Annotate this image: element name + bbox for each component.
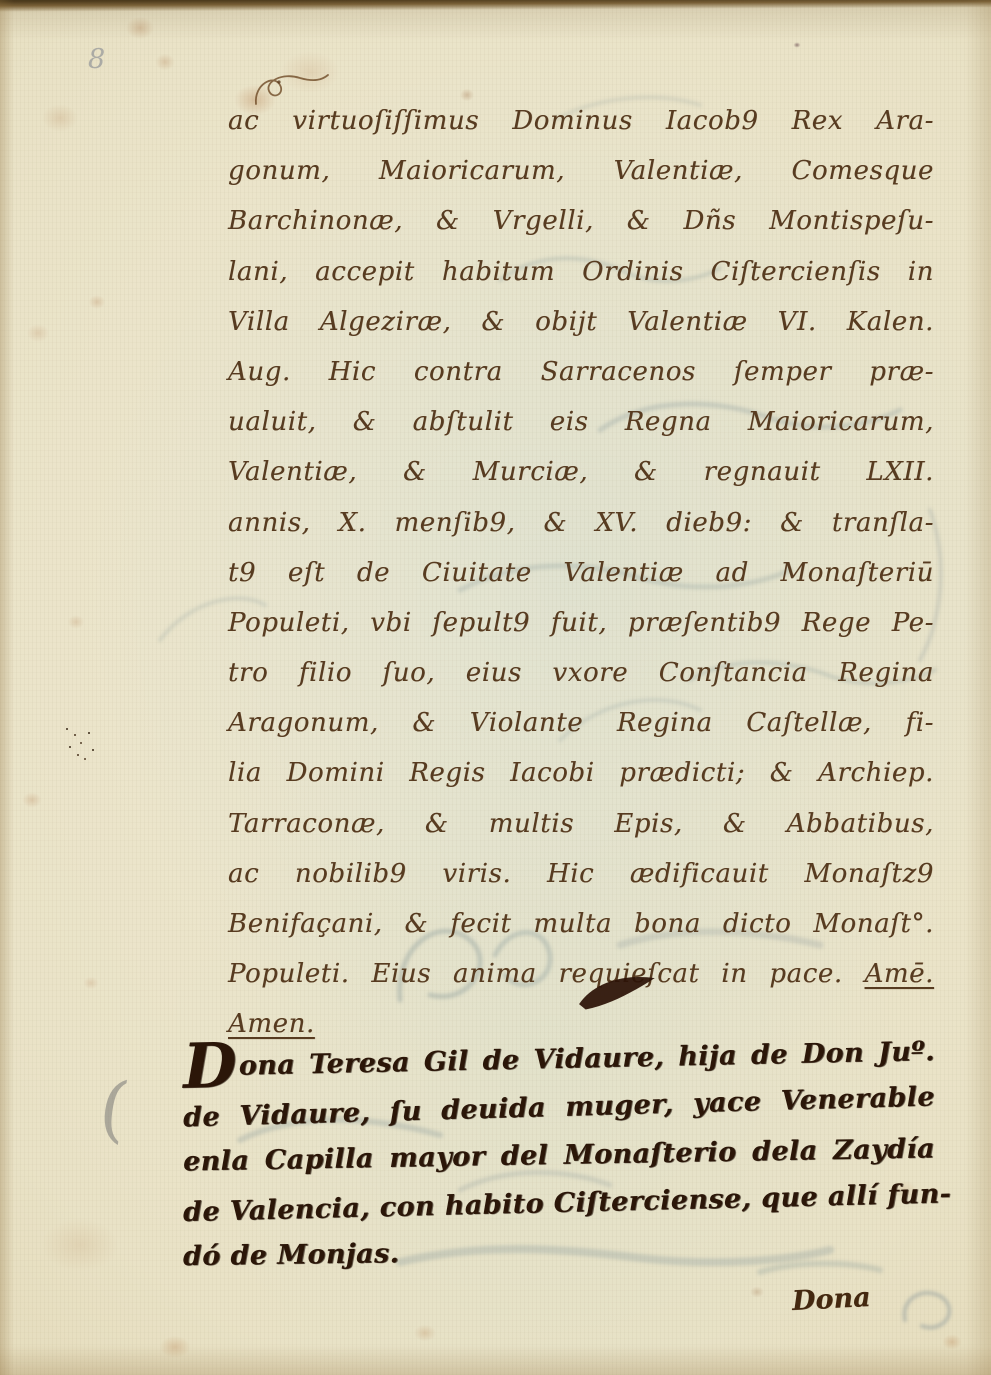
line-text: lani, accepit habitum Ordinis Ciſtercien… bbox=[228, 257, 934, 287]
line-text: dó de Monjas. bbox=[183, 1238, 400, 1272]
manuscript-line: lani, accepit habitum Ordinis Ciſtercien… bbox=[228, 247, 934, 297]
manuscript-line: ac nobilib9 viris. Hic ædificauit Monaſt… bbox=[228, 849, 934, 899]
line-text: Villa Algeziræ, & obijt Valentiæ VI. Kal… bbox=[228, 307, 934, 337]
line-text: de Valencia, con habito Ciſterciense, qu… bbox=[183, 1178, 952, 1228]
catchword: Dona bbox=[791, 1282, 871, 1317]
line-text: tro filio ſuo, eius vxore Conſtancia Reg… bbox=[228, 658, 934, 688]
manuscript-line: Villa Algeziræ, & obijt Valentiæ VI. Kal… bbox=[228, 297, 934, 347]
page-top-edge bbox=[0, 0, 991, 12]
manuscript-line: Aragonum, & Violante Regina Caſtellæ, fi… bbox=[228, 698, 934, 748]
latin-epitaph: ac virtuoſiſſimus Dominus Iacob9 Rex Ara… bbox=[228, 96, 934, 1050]
manuscript-line: Benifaçani, & fecit multa bona dicto Mon… bbox=[228, 899, 934, 949]
line-text: lia Domini Regis Iacobi prædicti; & Arch… bbox=[228, 758, 934, 788]
line-text: ona Teresa Gil de Vidaure, hija de Don J… bbox=[239, 1036, 936, 1082]
manuscript-line: lia Domini Regis Iacobi prædicti; & Arch… bbox=[228, 748, 934, 798]
line-text: t9 eſt de Ciuitate Valentiæ ad Monaſteri… bbox=[228, 558, 934, 588]
line-text: Aug. Hic contra Sarracenos ſemper præ- bbox=[228, 357, 934, 387]
line-text: Aragonum, & Violante Regina Caſtellæ, fi… bbox=[228, 708, 934, 738]
line-text: Populeti. Eius anima requieſcat in pace. bbox=[228, 959, 865, 989]
line-text: Tarraconæ, & multis Epis, & Abbatibus, bbox=[228, 809, 934, 839]
line-text: ac nobilib9 viris. Hic ædificauit Monaſt… bbox=[228, 859, 934, 889]
ink-specks bbox=[66, 728, 68, 730]
line-text: Benifaçani, & fecit multa bona dicto Mon… bbox=[228, 909, 934, 939]
manuscript-page-scan: 8 ac virtuoſiſſimus Dominus Iacob9 Rex A… bbox=[0, 0, 991, 1375]
line-text: ac virtuoſiſſimus Dominus Iacob9 Rex Ara… bbox=[228, 106, 934, 136]
ink-blot bbox=[576, 972, 660, 1012]
manuscript-line: dó de Monjas. bbox=[183, 1223, 936, 1281]
line-text: gonum, Maioricarum, Valentiæ, Comesque bbox=[228, 156, 934, 186]
manuscript-line: ac virtuoſiſſimus Dominus Iacob9 Rex Ara… bbox=[228, 96, 934, 146]
folio-number: 8 bbox=[88, 44, 105, 75]
line-text: Barchinonæ, & Vrgelli, & Dñs Montispeſu- bbox=[228, 206, 934, 236]
manuscript-line: tro filio ſuo, eius vxore Conſtancia Reg… bbox=[228, 648, 934, 698]
line-text: annis, X. menſib9, & XV. dieb9: & tranſl… bbox=[228, 508, 934, 538]
spanish-note: Dona Teresa Gil de Vidaure, hija de Don … bbox=[183, 1036, 935, 1276]
manuscript-line: Valentiæ, & Murciæ, & regnauit LXII. bbox=[228, 447, 934, 497]
manuscript-line: t9 eſt de Ciuitate Valentiæ ad Monaſteri… bbox=[228, 548, 934, 598]
manuscript-line: Populeti, vbi ſepult9 fuit, præſentib9 R… bbox=[228, 598, 934, 648]
manuscript-line: Tarraconæ, & multis Epis, & Abbatibus, bbox=[228, 799, 934, 849]
margin-parenthesis-mark: ( bbox=[94, 1064, 134, 1151]
line-text: ualuit, & abſtulit eis Regna Maioricarum… bbox=[228, 407, 934, 437]
line-text-underlined: Amen. bbox=[228, 1009, 315, 1039]
line-text: Valentiæ, & Murciæ, & regnauit LXII. bbox=[228, 457, 934, 487]
manuscript-line: gonum, Maioricarum, Valentiæ, Comesque bbox=[228, 146, 934, 196]
manuscript-line: Aug. Hic contra Sarracenos ſemper præ- bbox=[228, 347, 934, 397]
manuscript-line: Barchinonæ, & Vrgelli, & Dñs Montispeſu- bbox=[228, 196, 934, 246]
line-text: Populeti, vbi ſepult9 fuit, præſentib9 R… bbox=[228, 608, 934, 638]
drop-cap-initial: D bbox=[182, 1029, 239, 1103]
manuscript-line: ualuit, & abſtulit eis Regna Maioricarum… bbox=[228, 397, 934, 447]
line-text-underlined: Amē. bbox=[865, 959, 934, 989]
manuscript-line: annis, X. menſib9, & XV. dieb9: & tranſl… bbox=[228, 498, 934, 548]
line-text: enla Capilla mayor del Monaſterio dela Z… bbox=[183, 1133, 935, 1177]
